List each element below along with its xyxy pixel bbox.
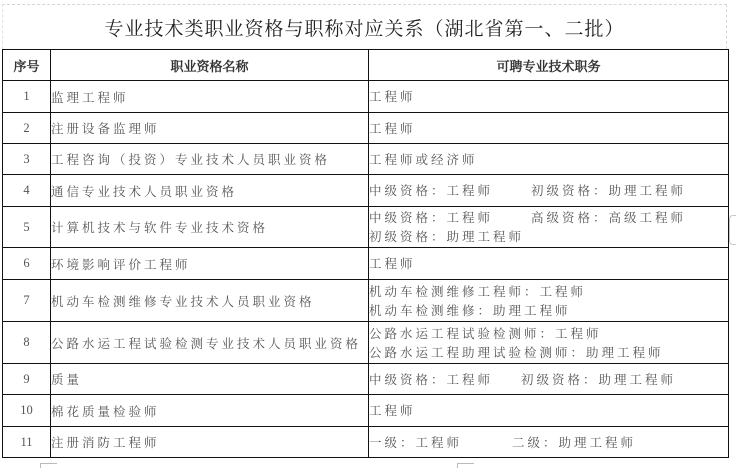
crop-mark-right xyxy=(457,463,474,468)
table-row: 9 质量 中级资格：工程师初级资格：助理工程师 xyxy=(3,364,729,395)
row-job: 工程师 xyxy=(369,81,729,113)
table-row: 3 工程咨询（投资）专业技术人员职业资格 工程师或经济师 xyxy=(3,144,729,175)
row-job: 中级资格：工程师初级资格：助理工程师 xyxy=(369,364,729,395)
row-no: 4 xyxy=(3,175,51,207)
job-item: 初级资格：助理工程师 xyxy=(369,229,524,244)
row-qualification: 注册设备监理师 xyxy=(51,113,369,144)
row-qualification: 注册消防工程师 xyxy=(51,427,369,458)
job-item: 工程师 xyxy=(369,403,416,418)
job-item: 机动车检测维修：助理工程师 xyxy=(369,303,571,318)
row-job: 工程师 xyxy=(369,113,729,144)
row-job: 中级资格：工程师初级资格：助理工程师 xyxy=(369,175,729,207)
job-item: 二级：助理工程师 xyxy=(512,435,636,450)
table-row: 4 通信专业技术人员职业资格 中级资格：工程师初级资格：助理工程师 xyxy=(3,175,729,207)
row-qualification: 棉花质量检验师 xyxy=(51,395,369,427)
job-item: 一级：工程师 xyxy=(369,435,462,450)
job-item: 机动车检测维修工程师：工程师 xyxy=(369,284,586,299)
job-item: 公路水运工程助理试验检测师：助理工程师 xyxy=(369,345,664,360)
row-no: 1 xyxy=(3,81,51,113)
table-row: 6 环境影响评价工程师 工程师 xyxy=(3,248,729,280)
row-no: 9 xyxy=(3,364,51,395)
table-header-row: 序号 职业资格名称 可聘专业技术职务 xyxy=(3,50,729,81)
row-no: 7 xyxy=(3,280,51,322)
job-item: 工程师 xyxy=(369,121,416,136)
table-row: 7 机动车检测维修专业技术人员职业资格 机动车检测维修工程师：工程师机动车检测维… xyxy=(3,280,729,322)
header-no: 序号 xyxy=(3,50,51,81)
qualification-table: 序号 职业资格名称 可聘专业技术职务 1 监理工程师 工程师 2 注册设备监理师… xyxy=(2,49,729,458)
row-qualification: 通信专业技术人员职业资格 xyxy=(51,175,369,207)
table-row: 8 公路水运工程试验检测专业技术人员职业资格 公路水运工程试验检测师：工程师公路… xyxy=(3,322,729,364)
row-qualification: 监理工程师 xyxy=(51,81,369,113)
row-qualification: 计算机技术与软件专业技术资格 xyxy=(51,207,369,248)
job-item: 高级资格：高级工程师 xyxy=(531,210,686,225)
job-item: 初级资格：助理工程师 xyxy=(531,183,686,198)
job-item: 工程师 xyxy=(369,256,416,271)
row-no: 10 xyxy=(3,395,51,427)
row-qualification: 质量 xyxy=(51,364,369,395)
header-qualification-name: 职业资格名称 xyxy=(51,50,369,81)
table-row: 2 注册设备监理师 工程师 xyxy=(3,113,729,144)
row-qualification: 工程咨询（投资）专业技术人员职业资格 xyxy=(51,144,369,175)
row-no: 2 xyxy=(3,113,51,144)
row-no: 11 xyxy=(3,427,51,458)
document-title: 专业技术类职业资格与职称对应关系（湖北省第一、二批） xyxy=(104,14,624,41)
job-item: 中级资格：工程师 xyxy=(369,183,493,198)
job-item: 初级资格：助理工程师 xyxy=(521,372,676,387)
row-no: 5 xyxy=(3,207,51,248)
job-item: 工程师 xyxy=(369,89,416,104)
header-job-title: 可聘专业技术职务 xyxy=(369,50,729,81)
row-job: 中级资格：工程师高级资格：高级工程师初级资格：助理工程师 xyxy=(369,207,729,248)
row-job: 工程师或经济师 xyxy=(369,144,729,175)
row-no: 6 xyxy=(3,248,51,280)
row-job: 一级：工程师二级：助理工程师 xyxy=(369,427,729,458)
table-row: 1 监理工程师 工程师 xyxy=(3,81,729,113)
table-row: 11 注册消防工程师 一级：工程师二级：助理工程师 xyxy=(3,427,729,458)
row-qualification: 公路水运工程试验检测专业技术人员职业资格 xyxy=(51,322,369,364)
job-item: 公路水运工程试验检测师：工程师 xyxy=(369,326,602,341)
table-row: 5 计算机技术与软件专业技术资格 中级资格：工程师高级资格：高级工程师初级资格：… xyxy=(3,207,729,248)
row-job: 机动车检测维修工程师：工程师机动车检测维修：助理工程师 xyxy=(369,280,729,322)
row-job: 公路水运工程试验检测师：工程师公路水运工程助理试验检测师：助理工程师 xyxy=(369,322,729,364)
title-box: 专业技术类职业资格与职称对应关系（湖北省第一、二批） xyxy=(2,4,727,49)
row-qualification: 机动车检测维修专业技术人员职业资格 xyxy=(51,280,369,322)
row-no: 8 xyxy=(3,322,51,364)
job-item: 工程师或经济师 xyxy=(369,152,478,167)
job-item: 中级资格：工程师 xyxy=(369,372,493,387)
job-item: 中级资格：工程师 xyxy=(369,210,493,225)
side-scroll-handle[interactable] xyxy=(729,215,736,245)
row-no: 3 xyxy=(3,144,51,175)
table-row: 10 棉花质量检验师 工程师 xyxy=(3,395,729,427)
row-job: 工程师 xyxy=(369,248,729,280)
crop-mark-left xyxy=(40,463,57,468)
row-qualification: 环境影响评价工程师 xyxy=(51,248,369,280)
row-job: 工程师 xyxy=(369,395,729,427)
